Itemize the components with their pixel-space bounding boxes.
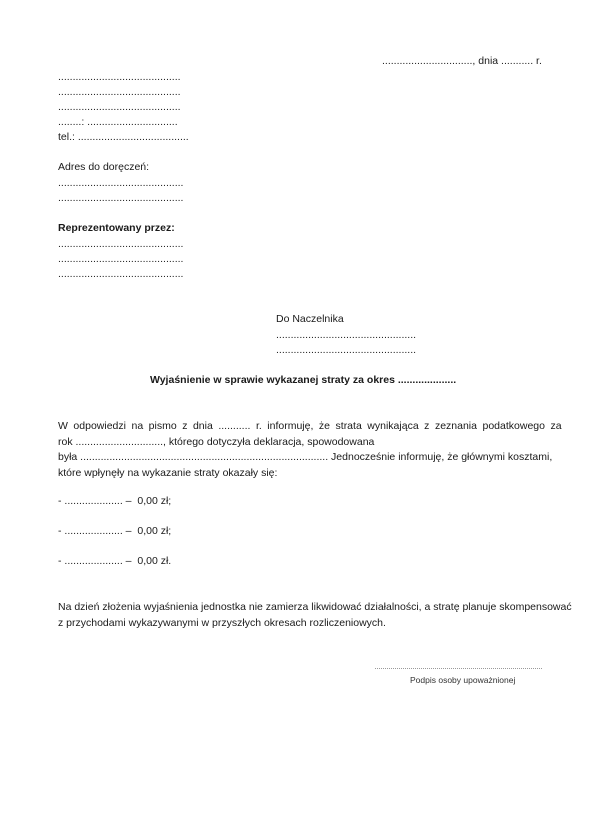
closing-line-2: z przychodami wykazywanymi w przyszłych …	[58, 616, 542, 632]
cost-item: - .................... – 0,00 zł;	[58, 495, 171, 508]
cost-item-amount: 0,00 zł.	[137, 555, 171, 567]
sender-phone: tel.: ..................................…	[58, 131, 189, 144]
cost-item: - .................... – 0,00 zł;	[58, 525, 171, 538]
cost-item: - .................... – 0,00 zł.	[58, 555, 171, 568]
body-word: deklaracja,	[254, 436, 305, 448]
body-line-1-text: W odpowiedzi na pismo z dnia ...........…	[58, 420, 562, 432]
closing-line-1: Na dzień złożenia wyjaśnienia jednostka …	[58, 600, 542, 616]
recipient-line: ........................................…	[276, 344, 416, 357]
body-line-2: rok .............................., któr…	[58, 435, 542, 451]
closing-paragraph: Na dzień złożenia wyjaśnienia jednostka …	[58, 600, 542, 631]
place-date-field: ..............................., dnia ..…	[382, 55, 542, 68]
representative-line: ........................................…	[58, 253, 183, 266]
signature-label: Podpis osoby upoważnionej	[410, 674, 515, 687]
delivery-address-line: ........................................…	[58, 192, 183, 205]
delivery-address-line: ........................................…	[58, 177, 183, 190]
sender-line: ........................................…	[58, 101, 181, 114]
body-line-4: które wpłynęły na wykazanie straty okaza…	[58, 466, 542, 482]
representative-label: Reprezentowany przez:	[58, 222, 175, 235]
sender-line: ........................................…	[58, 71, 181, 84]
body-word: rok	[58, 436, 73, 448]
cost-item-label: - .................... –	[58, 525, 132, 537]
body-word: ..............................,	[76, 436, 166, 448]
document-title: Wyjaśnienie w sprawie wykazanej straty z…	[150, 374, 456, 387]
body-word: dotyczyła	[207, 436, 251, 448]
body-line-1: W odpowiedzi na pismo z dnia ...........…	[58, 419, 542, 435]
body-line-3: była ...................................…	[58, 450, 542, 466]
cost-item-amount: 0,00 zł;	[137, 495, 171, 507]
sender-line: ........: ..............................…	[58, 116, 178, 129]
cost-item-amount: 0,00 zł;	[137, 525, 171, 537]
representative-line: ........................................…	[58, 238, 183, 251]
cost-item-label: - .................... –	[58, 495, 132, 507]
representative-line: ........................................…	[58, 268, 183, 281]
sender-line: ........................................…	[58, 86, 181, 99]
recipient-line: ........................................…	[276, 329, 416, 342]
recipient-label: Do Naczelnika	[276, 313, 344, 326]
cost-item-label: - .................... –	[58, 555, 132, 567]
body-word: spowodowana	[307, 436, 374, 448]
delivery-address-label: Adres do doręczeń:	[58, 161, 149, 174]
signature-line	[375, 668, 542, 669]
body-word: którego	[169, 436, 204, 448]
body-paragraph: W odpowiedzi na pismo z dnia ...........…	[58, 419, 542, 481]
